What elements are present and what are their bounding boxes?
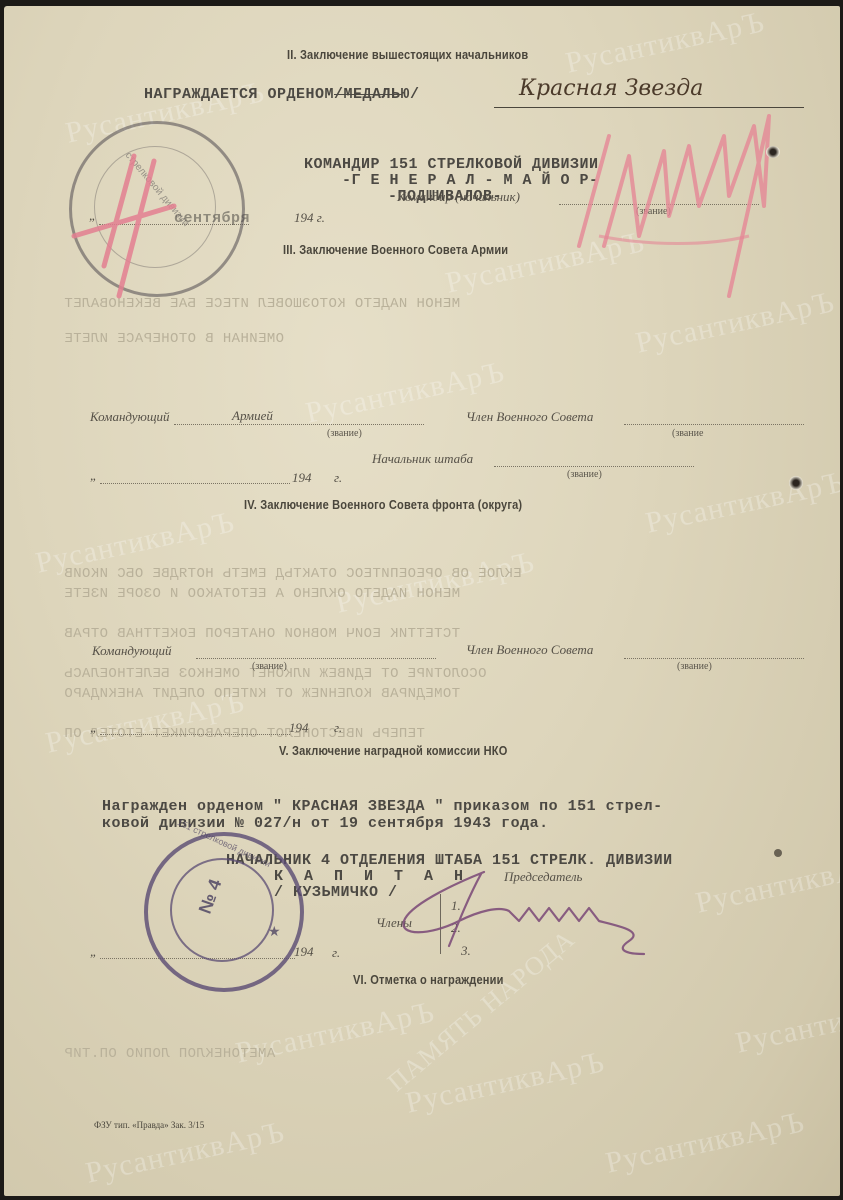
date-quote: „ [90, 720, 97, 736]
award-sheet-page: РусантиквАрЪ РусантиквАрЪ РусантиквАрЪ Р… [4, 6, 840, 1196]
date-suffix: г. [334, 720, 342, 736]
date-quote: „ [90, 468, 97, 484]
printer-mark: ФЗУ тип. «Правда» Зак. 3/15 [94, 1120, 204, 1130]
date-line [100, 483, 290, 484]
council-member-label: Член Военного Совета [466, 409, 593, 425]
bleed-through-text: ТОМЕДИРАВ КОЛЕНИЕЖ ОТ КИТЕПО ОЛЕДИТ АНЕК… [64, 686, 460, 702]
commander-typed-line1: КОМАНДИР 151 СТРЕЛКОВОЙ ДИВИЗИИ [304, 156, 599, 173]
bleed-through-text: АМЕТОНЕКЛОП ЛОПИО ОП.ТИР [64, 1046, 275, 1062]
front-commander-line [196, 658, 436, 659]
section-2-heading: II. Заключение вышестоящих начальников [287, 47, 528, 62]
watermark: РусантиквАрЪ [563, 6, 768, 81]
front-commander-label: Командующий [92, 643, 172, 659]
date-suffix: г. [334, 470, 342, 486]
section-5-heading: V. Заключение наградной комиссии НКО [279, 743, 507, 758]
bleed-through-text: ЕКЛОЕ ОВ ОРЕОЕПИТЕОС ОТАКТЬД ЕМЕТЬ НОТЯД… [64, 566, 522, 582]
chairman-signature [389, 866, 649, 956]
section-3-heading: III. Заключение Военного Совета Армии [283, 242, 508, 257]
strikethrough-medal [334, 94, 402, 95]
watermark: РусантиквАрЪ [733, 985, 840, 1060]
award-order-text-line1: Награжден орденом " КРАСНАЯ ЗВЕЗДА " при… [102, 798, 663, 815]
section-4-heading: IV. Заключение Военного Совета фронта (о… [244, 497, 522, 512]
rank-label: (звание) [327, 428, 362, 439]
date-quote: „ [90, 944, 97, 960]
date-suffix: г. [332, 945, 340, 961]
rank-label: (звание) [677, 661, 712, 672]
rank-label: (звание [672, 428, 703, 439]
date-year: 194 [289, 720, 309, 736]
paper-damage [789, 476, 803, 490]
bleed-through-text: ОМЕИНАН В ОТОНЕРАСЕ ИЛЕТЕ [64, 331, 284, 347]
army-commander-label: Командующий [90, 409, 170, 425]
stamp-star-icon: ★ [268, 924, 281, 941]
date-year: 194 [292, 470, 312, 486]
watermark: РусантиквАрЪ [603, 1105, 808, 1180]
watermark: РусантиквАрЪ [333, 545, 538, 620]
council-member-line [624, 658, 804, 659]
paper-damage [774, 849, 782, 857]
army-label: Армией [232, 408, 273, 424]
section-6-heading: VI. Отметка о награждении [353, 972, 504, 987]
bleed-through-text: ТСТЕТТИК ЕОИЧ МОВНОИ ОНАТЕРОП ЕОКЕТТНАВ … [64, 626, 460, 642]
commander-label: Командир (начальник) [397, 189, 520, 205]
bleed-through-text: МЕНОН ИАДЕТО ОКЛЕНО А ЕЕТОТАКОО И ОЗОРЕ … [64, 586, 460, 602]
army-commander-line [174, 424, 424, 425]
rank-label: (звание) [567, 469, 602, 480]
watermark: РусантиквАрЪ [643, 465, 840, 540]
rank-label: (звание) [252, 661, 287, 672]
date-year: 194 [294, 944, 314, 960]
red-pencil-signature [559, 96, 809, 306]
division-stamp-bottom: № 4 151 стрелковой дивизии ★ [144, 832, 304, 992]
red-pencil-mark [64, 146, 194, 306]
chief-of-staff-line [494, 466, 694, 467]
date-year: 194 г. [294, 210, 325, 226]
date-line [100, 734, 290, 735]
council-member-label: Член Военного Совета [466, 642, 593, 658]
watermark: РусантиквАрЪ [693, 845, 840, 920]
paper-damage [766, 146, 780, 158]
chief-of-staff-label: Начальник штаба [372, 451, 473, 467]
council-member-line [624, 424, 804, 425]
